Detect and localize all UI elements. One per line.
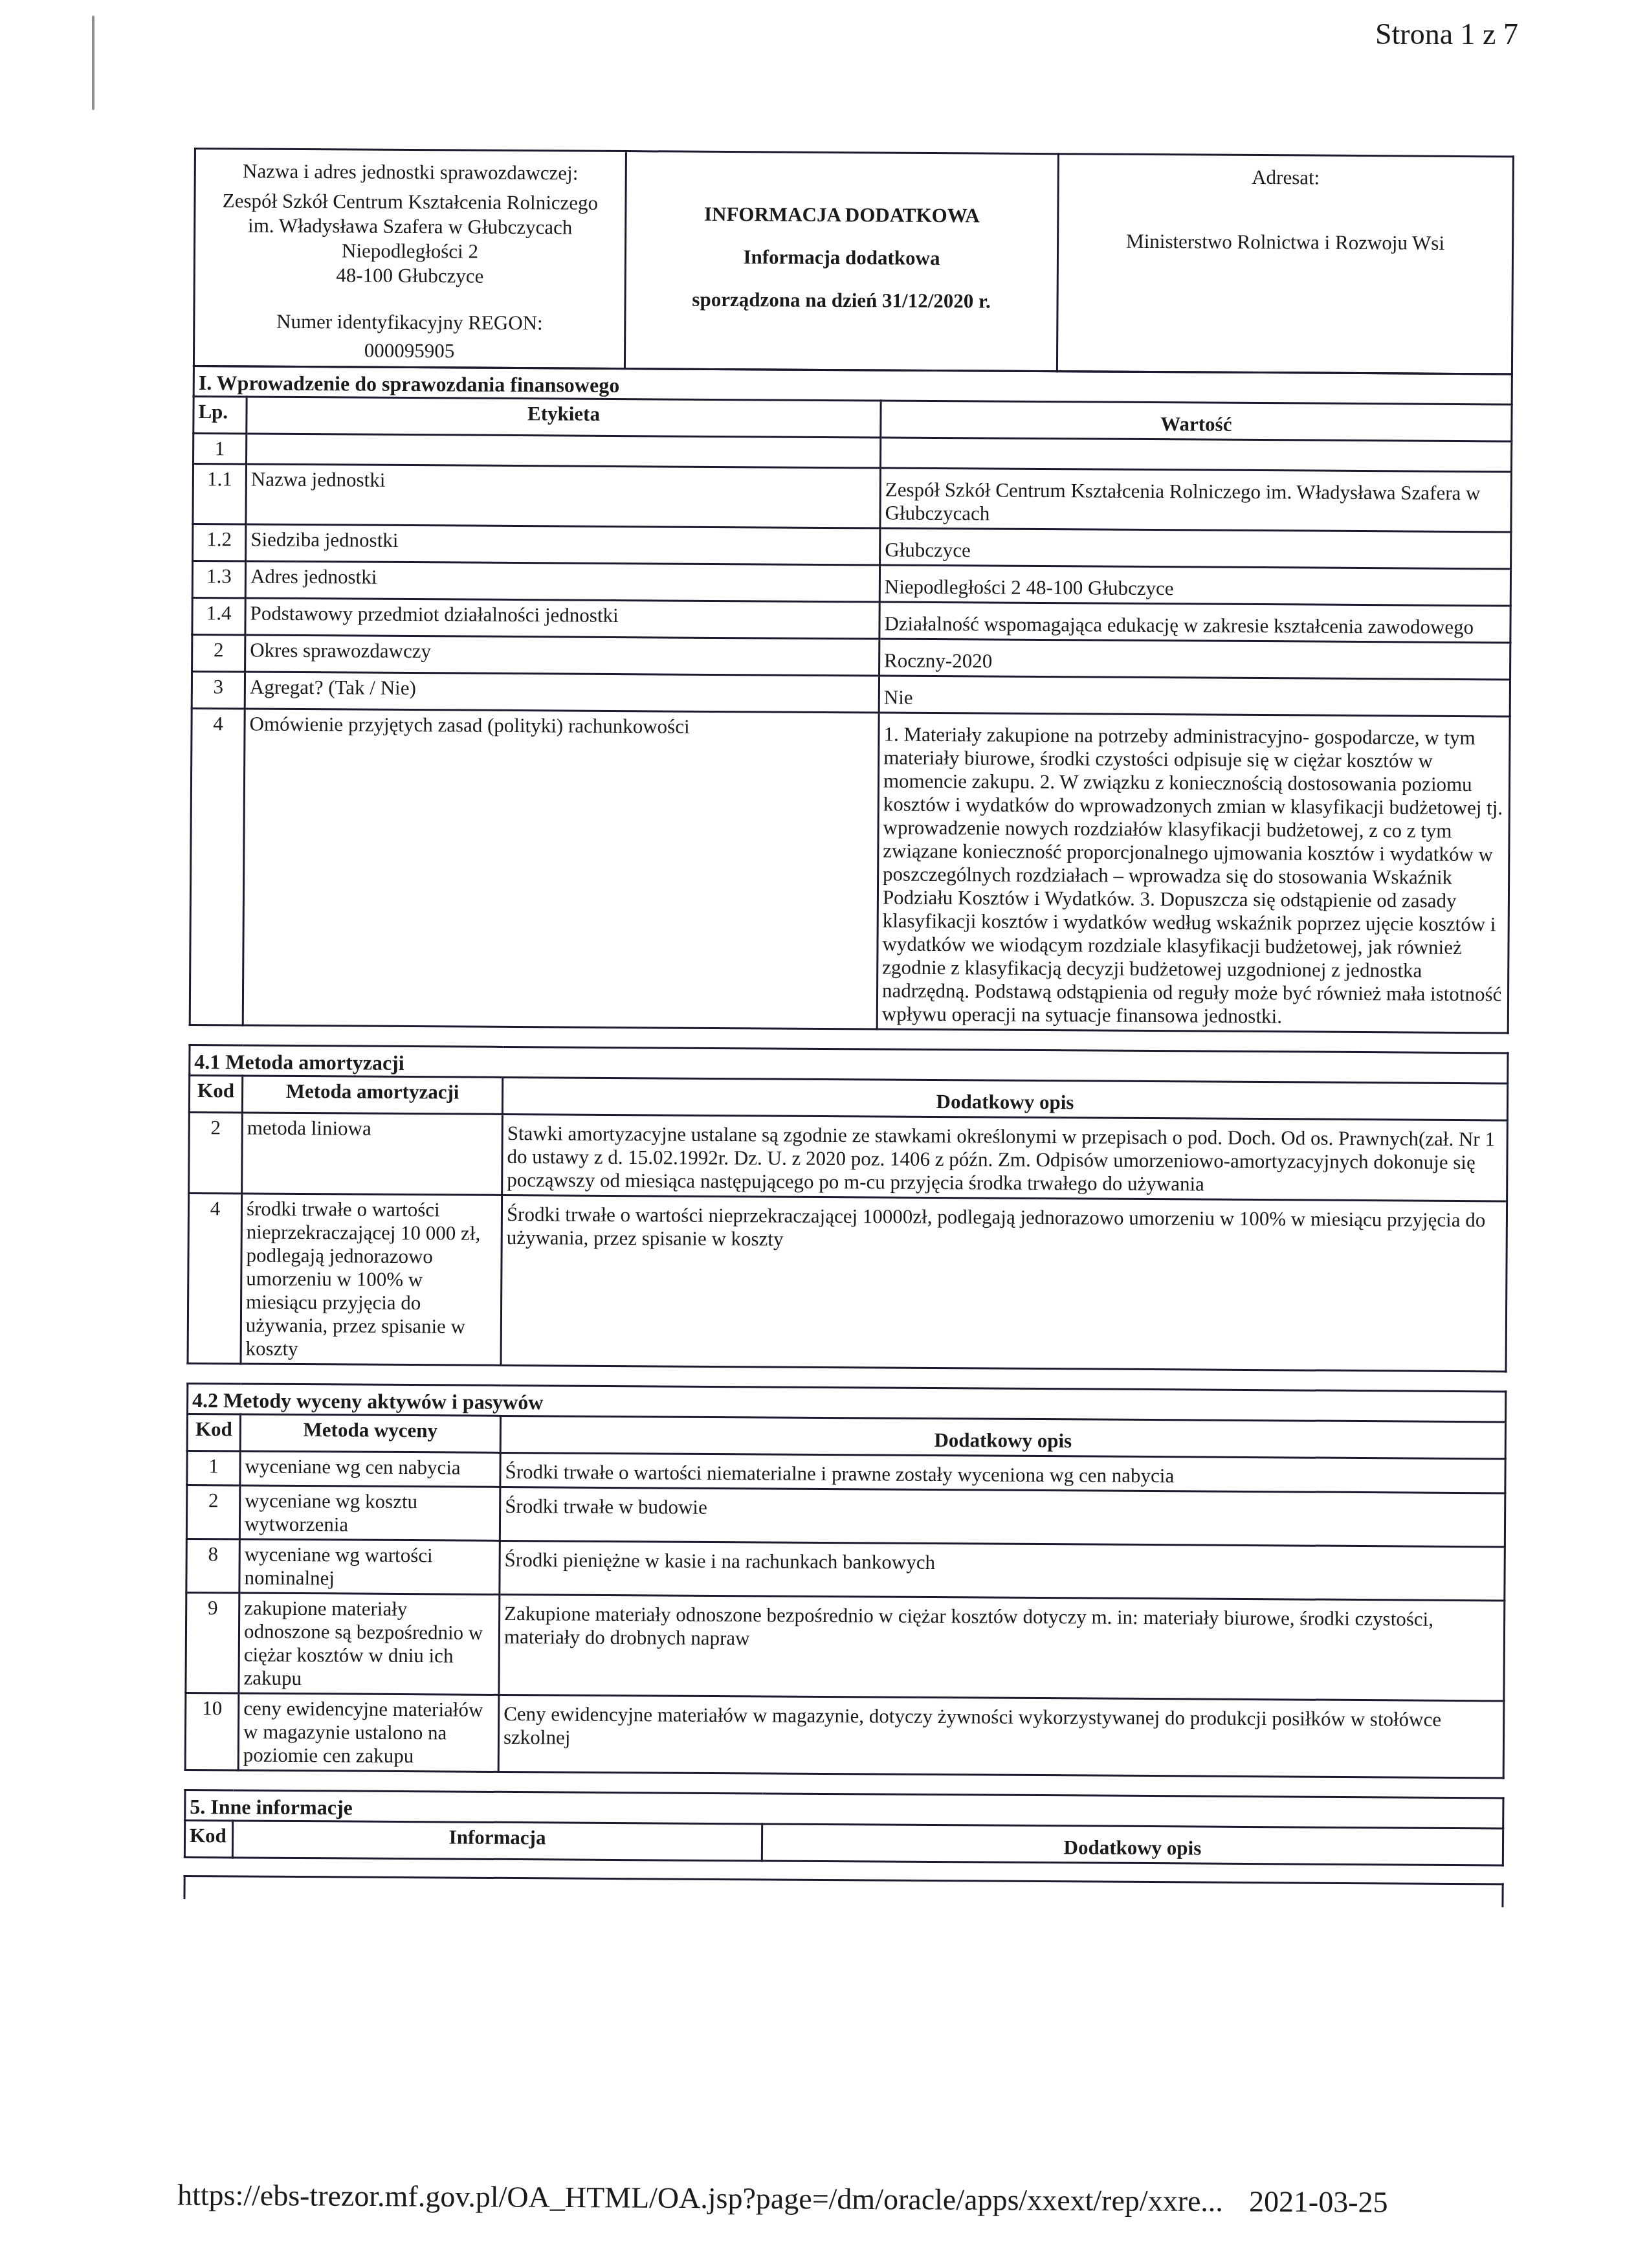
report-header: Nazwa i adres jednostki sprawozdawczej: … [193, 148, 1514, 375]
row-label: Omówienie przyjętych zasad (polityki) ra… [243, 709, 879, 1029]
row-code: 2 [186, 1485, 240, 1539]
row-description: Ceny ewidencyjne materiałów w magazynie,… [498, 1695, 1504, 1777]
row-code: 8 [186, 1539, 240, 1592]
table-row: 10ceny ewidencyjne materiałów w magazyni… [185, 1693, 1504, 1777]
row-label: Siedziba jednostki [246, 524, 880, 565]
section-depreciation-table: 4.1 Metoda amortyzacji Kod Metoda amorty… [187, 1044, 1509, 1372]
recipient-label: Adresat: [1063, 164, 1509, 191]
column-header-information: Informacja [232, 1821, 762, 1861]
print-date: 2021-03-25 [1249, 2185, 1388, 2218]
entity-name-line: 48-100 Głubczyce [199, 262, 621, 289]
row-number: 4 [190, 708, 245, 1025]
report-subtitle: Informacja dodatkowa [630, 244, 1053, 271]
row-method: zakupione materiały odnoszone są bezpośr… [239, 1593, 500, 1695]
table-row: 4środki trwałe o wartości nieprzekraczaj… [188, 1193, 1507, 1371]
row-code: 10 [185, 1693, 239, 1770]
row-value: Głubczyce [880, 528, 1511, 569]
staple-mark [92, 16, 94, 110]
entity-name-line: Zespół Szkół Centrum Kształcenia Rolnicz… [199, 188, 621, 216]
row-value: Nie [879, 676, 1510, 717]
row-label: Podstawowy przedmiot działalności jednos… [245, 598, 879, 639]
row-method: wyceniane wg kosztu wytworzenia [239, 1485, 500, 1540]
row-number: 1 [193, 434, 247, 465]
row-number: 1.1 [193, 464, 247, 524]
row-description: Środki pieniężne w kasie i na rachunkach… [500, 1540, 1505, 1600]
reporting-entity-cell: Nazwa i adres jednostki sprawozdawczej: … [193, 149, 626, 369]
table-row: 9zakupione materiały odnoszone są bezpoś… [186, 1592, 1505, 1700]
row-number: 3 [192, 671, 245, 708]
row-number: 2 [192, 634, 245, 671]
table-row: 2wyceniane wg kosztu wytworzeniaŚrodki t… [186, 1485, 1505, 1546]
row-value [880, 438, 1511, 472]
regon-value: 000095905 [199, 337, 620, 364]
row-label [247, 434, 881, 468]
report-sheet: Nazwa i adres jednostki sprawozdawczej: … [183, 148, 1514, 1907]
column-header-code: Kod [184, 1820, 232, 1857]
regon-label: Numer identyfikacyjny REGON: [199, 309, 620, 336]
column-header-method: Metoda wyceny [240, 1414, 500, 1452]
column-header-description: Dodatkowy opis [502, 1077, 1507, 1120]
column-header-code: Kod [189, 1075, 242, 1112]
row-value: Działalność wspomagająca edukację w zakr… [879, 602, 1510, 643]
table-row: 8wyceniane wg wartości nominalnejŚrodki … [186, 1539, 1505, 1600]
row-code: 4 [188, 1193, 242, 1363]
row-number: 1.3 [192, 561, 245, 597]
row-code: 9 [186, 1592, 239, 1693]
column-header-description: Dodatkowy opis [500, 1416, 1505, 1458]
recipient-cell: Adresat: Ministerstwo Rolnictwa i Rozwoj… [1057, 154, 1513, 374]
row-description: Zakupione materiały odnoszone bezpośredn… [499, 1594, 1505, 1700]
entity-name-line: Niepodległości 2 [199, 238, 621, 265]
report-title-cell: INFORMACJA DODATKOWA Informacja dodatkow… [625, 151, 1058, 372]
row-description: Środki trwałe w budowie [500, 1487, 1505, 1546]
column-header-method: Metoda amortyzacji [242, 1076, 502, 1114]
row-value: Roczny-2020 [879, 639, 1510, 680]
row-label: Okres sprawozdawczy [245, 635, 879, 676]
recipient-name: Ministerstwo Rolnictwa i Rozwoju Wsi [1063, 228, 1508, 256]
column-header-lp: Lp. [193, 397, 247, 434]
row-value: Niepodległości 2 48-100 Głubczyce [879, 565, 1510, 606]
row-value: 1. Materiały zakupione na potrzeby admin… [877, 713, 1510, 1033]
row-description: Środki trwałe o wartości nieprzekraczają… [501, 1195, 1507, 1371]
row-method: wyceniane wg cen nabycia [240, 1451, 500, 1487]
row-number: 1.4 [192, 597, 245, 634]
page-indicator: Strona 1 z 7 [1375, 17, 1518, 51]
entity-name: Zespół Szkół Centrum Kształcenia Rolnicz… [199, 188, 621, 289]
source-url: https://ebs-trezor.mf.gov.pl/OA_HTML/OA.… [177, 2178, 1223, 2218]
row-method: metoda liniowa [242, 1113, 503, 1195]
row-label: Agregat? (Tak / Nie) [245, 672, 879, 713]
row-code: 1 [187, 1451, 240, 1485]
entity-name-line: im. Władysława Szafera w Głubczycach [199, 213, 621, 240]
section-valuation-table: 4.2 Metody wyceny aktywów i pasywów Kod … [184, 1383, 1507, 1779]
row-label: Adres jednostki [245, 561, 879, 602]
report-title: INFORMACJA DODATKOWA [630, 201, 1053, 228]
report-date: sporządzona na dzień 31/12/2020 r. [630, 287, 1052, 314]
row-value: Zespół Szkół Centrum Kształcenia Rolnicz… [880, 468, 1512, 532]
column-header-value: Wartość [881, 401, 1512, 441]
row-method: wyceniane wg wartości nominalnej [239, 1539, 500, 1594]
section-other-info-table: 5. Inne informacje Kod Informacja Dodatk… [184, 1789, 1505, 1866]
column-header-description: Dodatkowy opis [762, 1824, 1503, 1865]
print-footer: https://ebs-trezor.mf.gov.pl/OA_HTML/OA.… [177, 2177, 1388, 2219]
row-description: Środki trwałe o wartości niematerialne i… [500, 1452, 1505, 1493]
row-number: 1.2 [193, 524, 246, 561]
row-label: Nazwa jednostki [246, 464, 881, 528]
continued-table-edge [183, 1875, 1503, 1907]
column-header-label: Etykieta [247, 397, 881, 438]
entity-label: Nazwa i adres jednostki sprawozdawczej: [200, 159, 621, 186]
table-row: 4Omówienie przyjętych zasad (polityki) r… [190, 708, 1510, 1032]
row-code: 2 [189, 1112, 243, 1193]
section-introduction-table: I. Wprowadzenie do sprawozdania finansow… [189, 365, 1513, 1034]
row-method: środki trwałe o wartości nieprzekraczają… [241, 1194, 502, 1365]
table-row: 1.1Nazwa jednostkiZespół Szkół Centrum K… [193, 464, 1512, 532]
row-method: ceny ewidencyjne materiałów w magazynie … [238, 1693, 499, 1772]
row-description: Stawki amortyzacyjne ustalane są zgodnie… [502, 1114, 1508, 1201]
column-header-code: Kod [187, 1414, 240, 1451]
table-row: 2metoda liniowaStawki amortyzacyjne usta… [189, 1112, 1508, 1201]
